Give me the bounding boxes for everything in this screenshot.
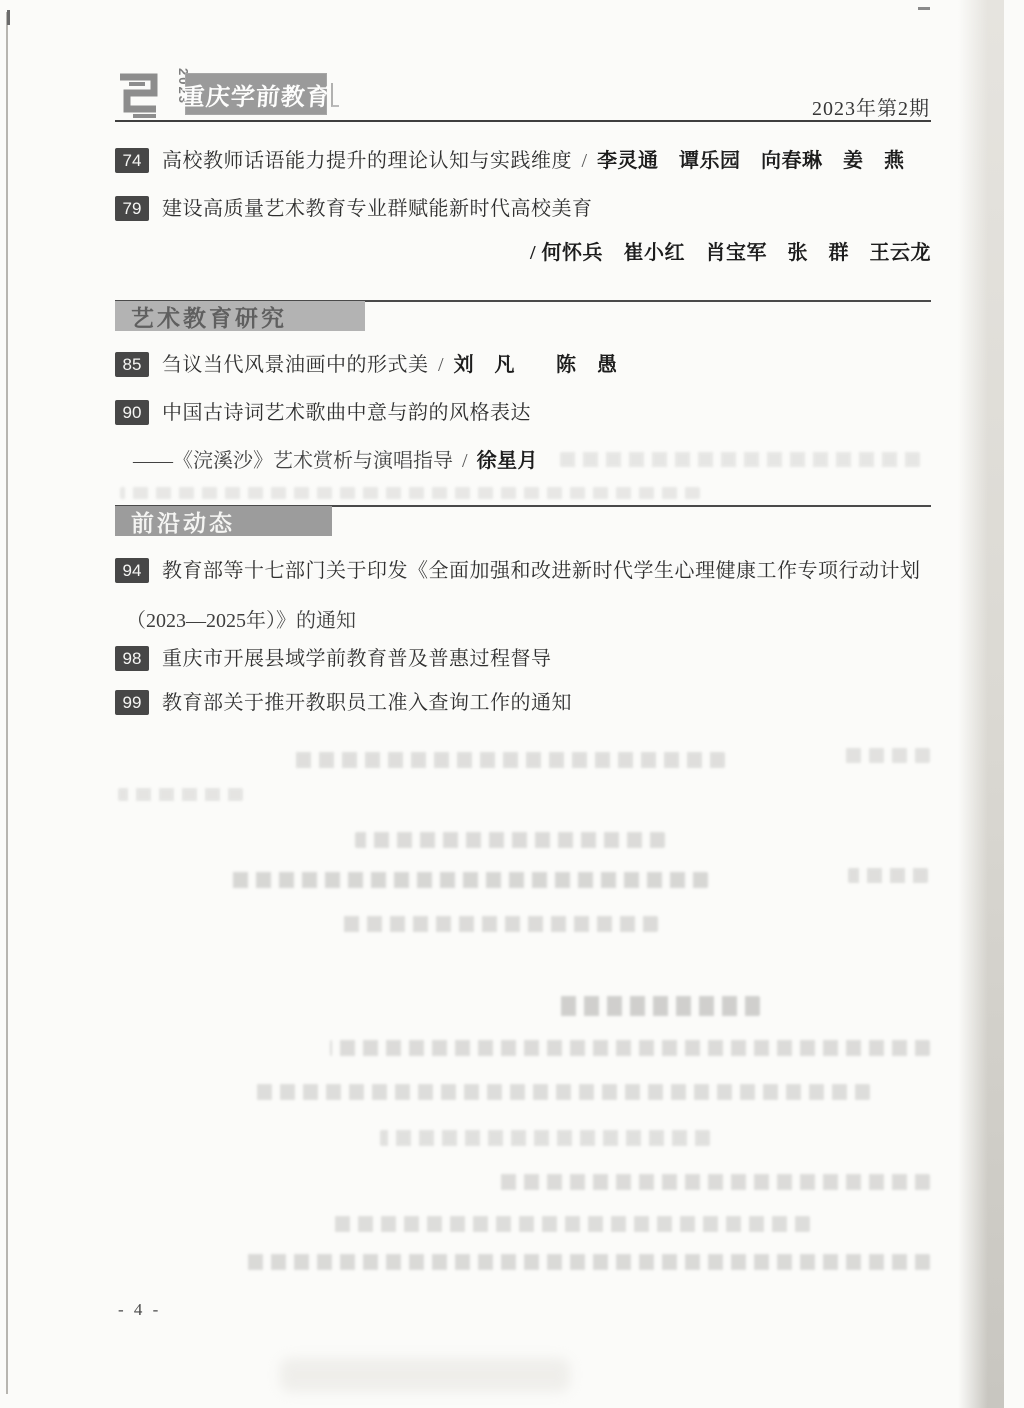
toc-entry-74[interactable]: 74 高校教师话语能力提升的理论认知与实践维度 / 李灵通 谭乐园 向春琳 姜 … [115, 148, 931, 174]
bleed-through-ghost [240, 1254, 930, 1270]
toc-entry-99[interactable]: 99 教育部关于推开教职员工准入查询工作的通知 [115, 690, 931, 716]
page-number: - 4 - [118, 1300, 161, 1320]
bleed-through-ghost [355, 832, 665, 848]
author-separator: / [453, 450, 477, 472]
toc-entry-90[interactable]: 90 中国古诗词艺术歌曲中意与韵的风格表达 [115, 400, 931, 426]
page-number-badge: 99 [115, 690, 149, 715]
author-separator: / [572, 150, 597, 172]
scan-smudge [280, 1358, 570, 1392]
entry-title-wrap-line: （2023—2025年）》的通知 [126, 608, 356, 634]
entry-title: 高校教师话语能力提升的理论认知与实践维度 / 李灵通 谭乐园 向春琳 姜 燕 [162, 148, 905, 174]
entry-authors: 刘 凡 陈 愚 [454, 354, 618, 376]
scan-corner-mark [7, 10, 10, 25]
toc-entry-98[interactable]: 98 重庆市开展县域学前教育普及普惠过程督导 [115, 646, 931, 672]
page-number-badge: 98 [115, 646, 149, 671]
entry-authors: 徐星月 [477, 450, 539, 472]
page-number-badge: 79 [115, 196, 149, 221]
toc-entry-79[interactable]: 79 建设高质量艺术教育专业群赋能新时代高校美育 [115, 196, 931, 222]
bleed-through-ghost [848, 868, 928, 883]
logo-brand-text: 重庆学前教育 [180, 77, 332, 112]
logo-numeral-2-icon [115, 68, 161, 122]
bleed-through-ghost [845, 748, 930, 763]
entry-title: 刍议当代风景油画中的形式美 / 刘 凡 陈 愚 [162, 352, 618, 378]
bleed-through-ghost [118, 788, 243, 801]
toc-entry-94[interactable]: 94 教育部等十七部门关于印发《全面加强和改进新时代学生心理健康工作专项行动计划 [115, 558, 931, 584]
section-header-frontier-news: 前沿动态 [115, 505, 931, 537]
entry-title: 建设高质量艺术教育专业群赋能新时代高校美育 [162, 196, 593, 222]
entry-subtitle: ——《浣溪沙》艺术赏析与演唱指导 [133, 450, 453, 472]
bleed-through-ghost [250, 1084, 870, 1100]
logo-seal-mark [331, 83, 339, 107]
bleed-through-ghost [295, 752, 725, 768]
toc-entry-85[interactable]: 85 刍议当代风景油画中的形式美 / 刘 凡 陈 愚 [115, 352, 931, 378]
scan-corner-mark [918, 7, 930, 10]
journal-toc-page: 2023 重庆学前教育 2023年第2期 74 高校教师话语能力提升的理论认知与… [0, 0, 1024, 1408]
section-label: 艺术教育研究 [115, 301, 365, 331]
page-number-badge: 85 [115, 352, 149, 377]
journal-logo: 2023 重庆学前教育 [115, 66, 335, 124]
bleed-through-ghost [560, 452, 920, 467]
page-number-badge: 94 [115, 558, 149, 583]
bleed-through-ghost [330, 1216, 810, 1232]
bleed-through-ghost [120, 487, 700, 499]
page-number-badge: 90 [115, 400, 149, 425]
section-label: 前沿动态 [115, 506, 332, 536]
entry-authors-line: / 何怀兵 崔小红 肖宝军 张 群 王云龙 [115, 240, 931, 266]
logo-brand-box: 重庆学前教育 [185, 73, 327, 115]
entry-title: 中国古诗词艺术歌曲中意与韵的风格表达 [162, 400, 531, 426]
entry-authors: 李灵通 谭乐园 向春琳 姜 燕 [597, 150, 905, 172]
entry-title: 教育部等十七部门关于印发《全面加强和改进新时代学生心理健康工作专项行动计划 [162, 558, 921, 584]
bleed-through-ghost [330, 1040, 930, 1056]
scan-edge-line [6, 12, 8, 1394]
entry-subtitle-line: ——《浣溪沙》艺术赏析与演唱指导 / 徐星月 [133, 448, 538, 474]
bleed-through-ghost [560, 996, 760, 1016]
author-separator: / [429, 354, 454, 376]
bleed-through-ghost [500, 1174, 930, 1190]
header-rule [115, 120, 931, 122]
bleed-through-ghost [228, 872, 708, 888]
page-spine-shadow [958, 0, 1004, 1408]
bleed-through-ghost [338, 916, 658, 932]
section-header-art-education: 艺术教育研究 [115, 300, 931, 332]
entry-title: 教育部关于推开教职员工准入查询工作的通知 [162, 690, 572, 716]
entry-title: 重庆市开展县域学前教育普及普惠过程督导 [162, 646, 552, 672]
bleed-through-ghost [380, 1130, 710, 1146]
issue-label: 2023年第2期 [812, 92, 930, 121]
page-number-badge: 74 [115, 148, 149, 173]
